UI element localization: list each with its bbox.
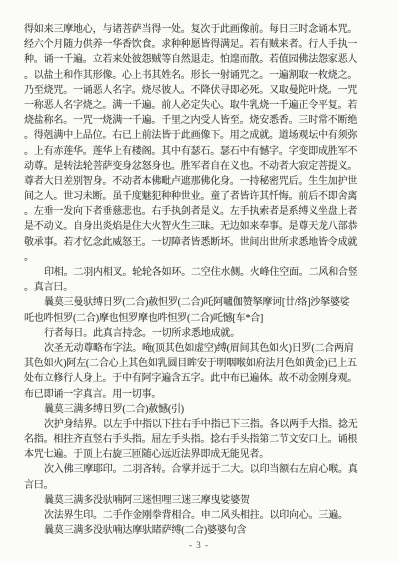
text-line: 。左垂一发向下者垂慈悲也。右手执剑者是义。左手执索者是系缚义坐盘上者 (24, 204, 372, 219)
text-line: 名指。相拄齐直竖右手头指。屈左手头指。捻右手头指第二节文安口上。诵根 (24, 432, 372, 447)
text-line: 得如来三摩地心，与诸菩萨当得一处。复次于此画像前。每日三时念诵本咒。 (24, 22, 372, 37)
text-line: 次法界生印。二手作金刚拳背相合。申二风头相拄。以印向心。三遍。 (24, 508, 372, 523)
text-line: 经六个月随力供养一华香饮食。求种种愿皆得满足。若有贼来者。行人手执一 (24, 37, 372, 52)
text-line: 间之人。世习未断。虽千度魅犯种种世业。童了者皆许其忏悔。前后不即舍离 (24, 189, 372, 204)
text-line: 种。诵一千遍。立若来处彼怨贼等自然退走。怕遑而散。若值园佛法怨家恶人 (24, 52, 372, 67)
document-page: 得如来三摩地心，与诸菩萨当得一处。复次于此画像前。每日三时念诵本咒。经六个月随力… (0, 0, 398, 563)
text-body: 得如来三摩地心，与诸菩萨当得一处。复次于此画像前。每日三时念诵本咒。经六个月随力… (24, 22, 372, 538)
text-line: 曩莫三满多缚日罗(二合)赦憾(引) (24, 402, 372, 417)
text-line: 烧盐称名。一咒一烧满一千遍。千里之内受人皆至。烧安悉香。三时常不断绝 (24, 113, 372, 128)
text-line: 布已即诵一字真言。用一切事。 (24, 387, 372, 402)
text-line: 乃至烧咒。一诵恶人名字。烧尽彼人。不降伏寻即必死。又取曼陀叶烧。一咒 (24, 83, 372, 98)
text-line: 。以盐土和作其形像。心上书其姓名。形长一射诵咒之。一遍割取一枚烧之。 (24, 68, 372, 83)
text-line: 曩莫三满多没驮喃阿三迷怛哩三迷三摩曳娑婆贺 (24, 493, 372, 508)
text-line: 曩莫三曼驮缚日罗(二合)赦怛罗(二合)吒阿嚧伽赞拏摩诃[廿/络]沙拏婆娑 (24, 295, 372, 310)
text-line: 本咒七遍。于顶上右旋三匝随心远近法界即成无能见者。 (24, 447, 372, 462)
text-line: 次护身结界。以左手中指以下拄右手中指已下三指。各以两手大指。捻无 (24, 417, 372, 432)
text-line: 曩莫三满多没驮喃达摩驮睹萨缚(二合)婆婆句含 (24, 523, 372, 538)
text-line: 次入佛三摩耶印。二羽吝转。合掌并远于二大。以印当额右左肩心喉。真 (24, 462, 372, 477)
text-line: 行者每日。此真言持念。一切所求悉地成就。 (24, 326, 372, 341)
text-line: 尊者大日差别智身。不动者本佛毗卢遮那佛化身。一持秘密咒后。生生加护世 (24, 174, 372, 189)
text-line: 。真言曰。 (24, 280, 372, 295)
text-line: 吒也吽怛罗(二合)摩也怛罗摩也吽怛罗(二合)吒憾[车*合] (24, 311, 372, 326)
page-number: - 3 - (0, 540, 398, 550)
text-line: 是不动义。自身出炎焰是住大火智火生三昧。无边如来奉事。是尊天龙八部恭 (24, 219, 372, 234)
text-line: 其色如火)阿左(二合心上其色如乳圆目眸安于明咽喉如府法月色如黄金)已上五 (24, 356, 372, 371)
text-line: 。上有赤莲华。莲华上有楼阁。其中有瑟石。瑟石中有憾字。字变即成胜军不 (24, 144, 372, 159)
text-line: 。得剋满中上品位。右已上前法皆于此画像下。用之成就。道场观坛中有须弥 (24, 128, 372, 143)
text-line: 言曰。 (24, 478, 372, 493)
text-line: 。 (24, 250, 372, 265)
text-line: 处布立修行人身上。于中有阿字遍含五字。此中布已遍体。故不动金刚身观。 (24, 371, 372, 386)
text-line: 次圣无动尊略布字法。唵(顶其色如虚空)缚(眉间其色如火)日罗(二合两肩 (24, 341, 372, 356)
text-line: 一称恶人名字烧之。满一千遍。前人必定失心。取牛乳烧一千遍正令平复。若 (24, 98, 372, 113)
text-line: 动尊。是转法轮菩萨变身忿怒身也。胜军者自在义也。不动者大寂定菩提义。 (24, 159, 372, 174)
text-line: 印相。二羽内相叉。轮轮各如环。二空住水侧。火峰住空面。二风和合竖 (24, 265, 372, 280)
text-line: 敬承事。若才忆念此威怒王。一切障者皆悉断坏。世间出世所求悉地皆令成就 (24, 235, 372, 250)
